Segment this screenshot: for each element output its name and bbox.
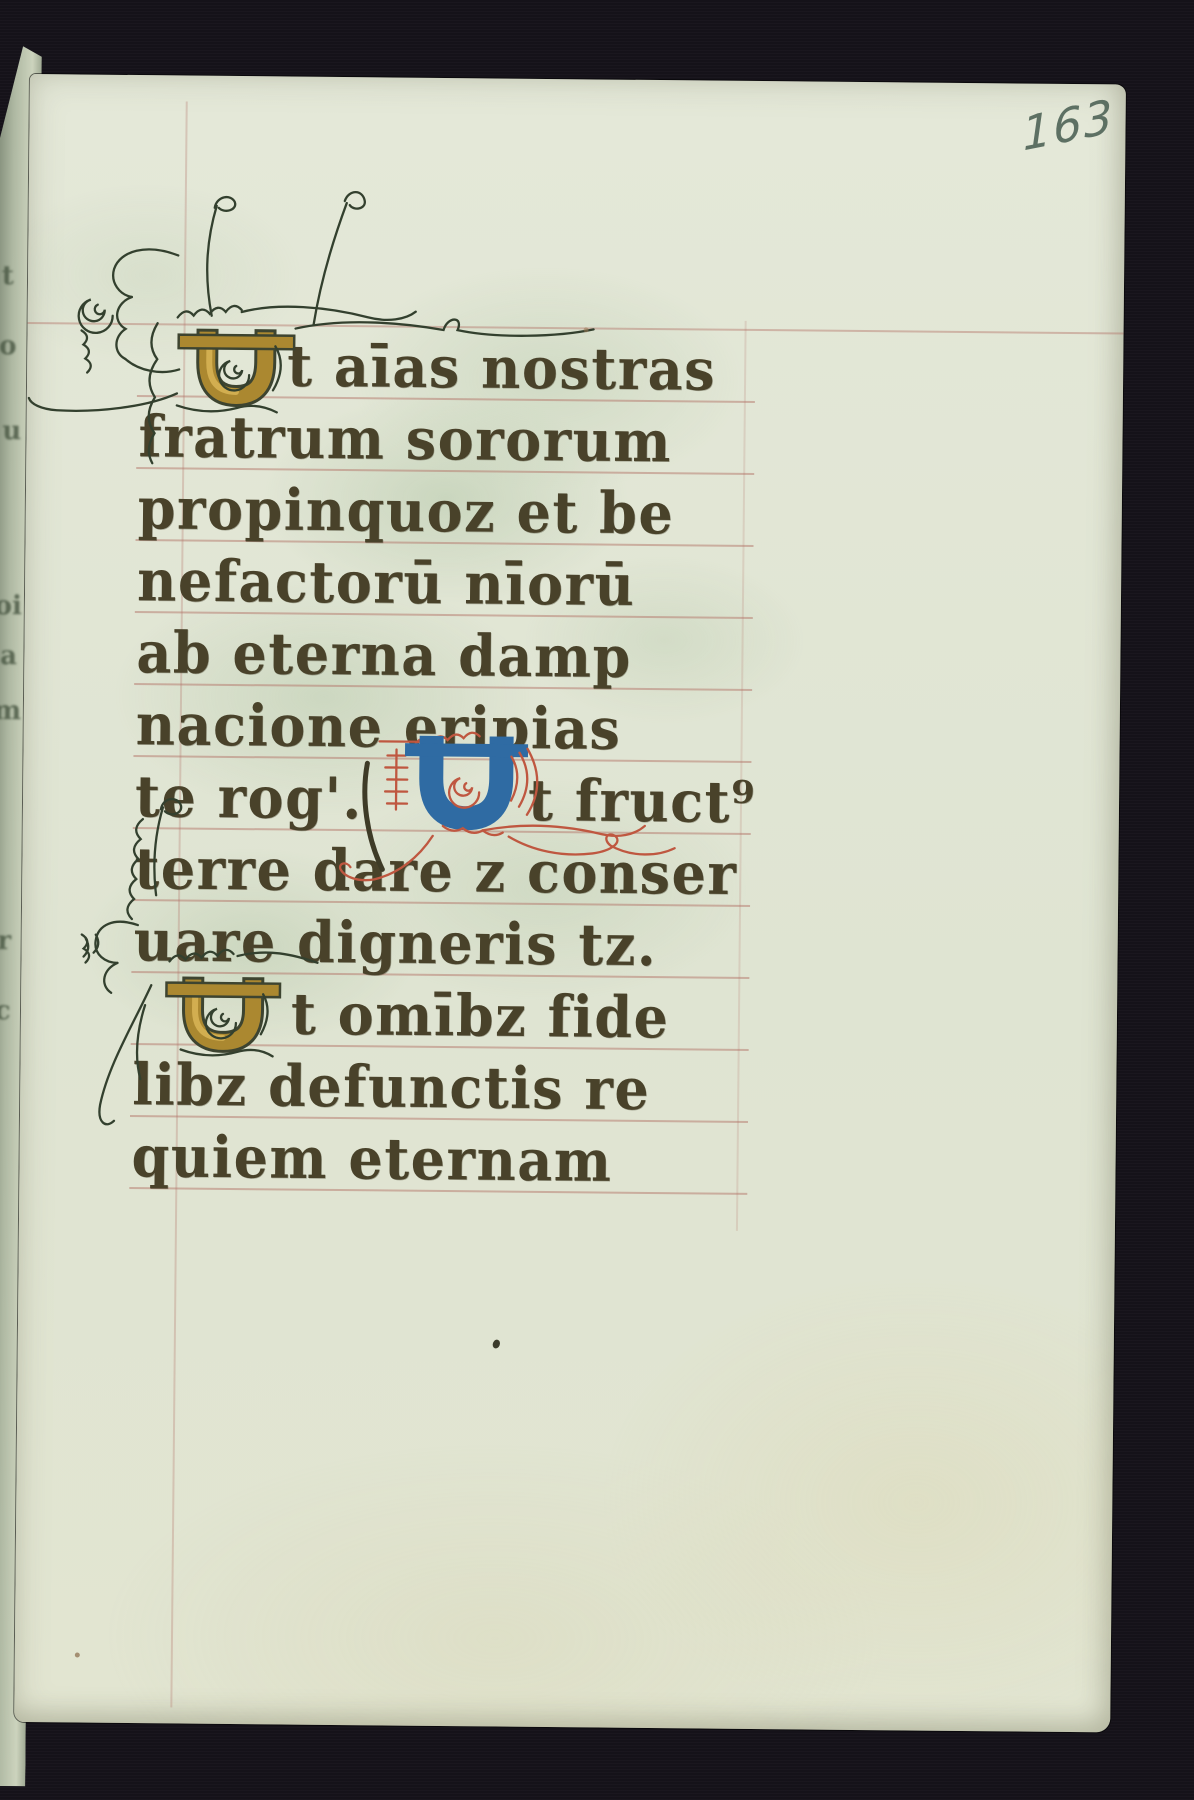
- manuscript-page: t aīas nostras fratrum sororum propinquo…: [14, 74, 1126, 1732]
- photo-backdrop: t o u oi a m r c t aīas nostras fratrum …: [0, 0, 1194, 1800]
- bleed-text-fragment: oi: [0, 593, 22, 619]
- folio-number: 163: [1021, 92, 1115, 157]
- bleed-text-fragment: u: [2, 418, 21, 444]
- bleed-text-fragment: a: [0, 643, 17, 669]
- parchment-speck: [75, 1653, 80, 1658]
- bleed-text-fragment: r: [0, 928, 11, 954]
- bleed-text-fragment: t: [2, 263, 14, 289]
- ink-speck: [491, 1339, 501, 1350]
- bleed-text-fragment: o: [0, 333, 17, 359]
- text-line: quiem eternam: [131, 1119, 1056, 1204]
- bleed-text-fragment: c: [0, 998, 11, 1024]
- bleed-text-fragment: m: [0, 698, 21, 724]
- parchment-speck: [584, 327, 589, 332]
